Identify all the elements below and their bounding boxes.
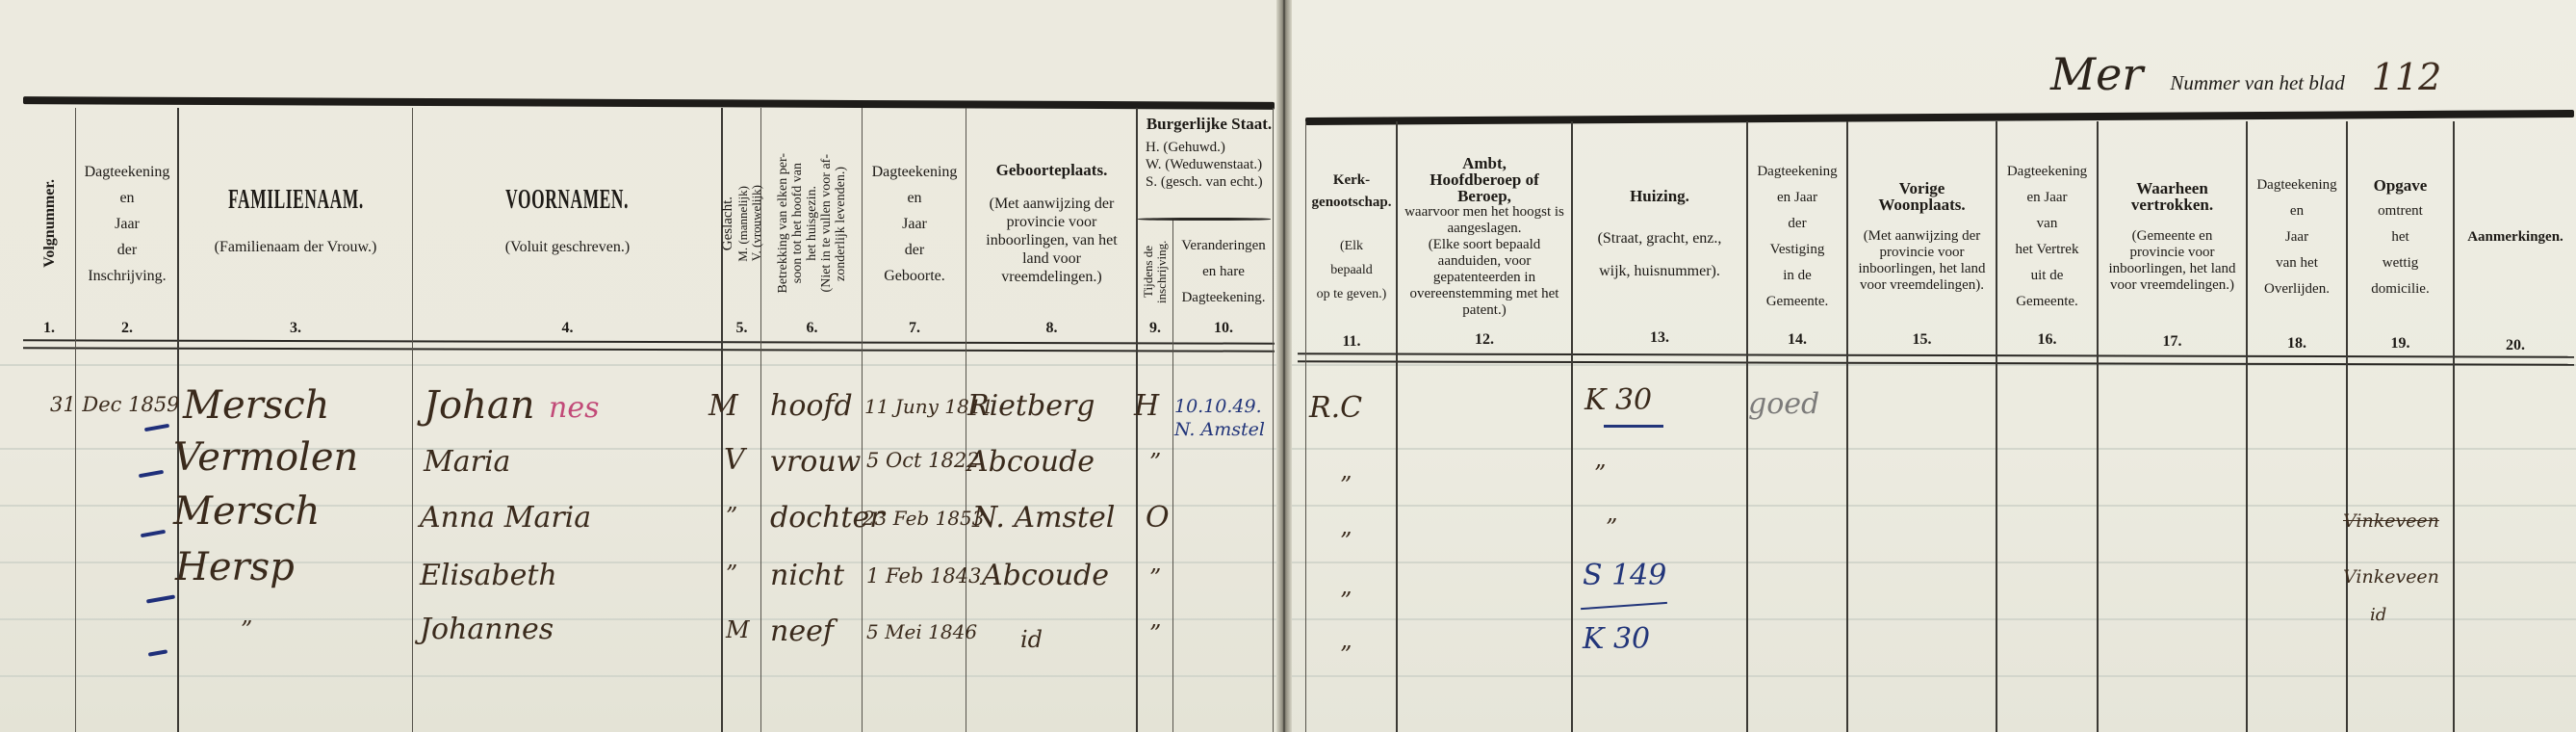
column-divider: [1305, 121, 1306, 732]
residence: K 30: [1584, 383, 1652, 417]
religion: R.C: [1309, 391, 1362, 425]
header-label: (Niet in te vullen voor af-: [819, 154, 834, 292]
header-label: Dagteekening: [2256, 176, 2336, 195]
header-label: H. (Gehuwd.): [1146, 139, 1225, 156]
column-number: 5.: [723, 320, 760, 337]
civil-status: ”: [1149, 449, 1161, 476]
column-number: 6.: [762, 320, 862, 337]
header-label: het huisgezin.: [805, 186, 819, 261]
header-label: Dagteekening: [872, 163, 958, 181]
given-name: Johannes: [420, 613, 554, 646]
header-title: Kerk-: [1333, 172, 1370, 189]
header-label: van het: [2256, 254, 2336, 273]
sheet-label: Nummer van het blad: [2170, 71, 2344, 95]
sex: M: [708, 389, 738, 423]
header-label: en Jaar: [1757, 189, 1837, 207]
given-name: Johan: [424, 383, 535, 428]
column-divider: [1172, 220, 1173, 732]
header-subtitle: (Straat, gracht, enz., wijk, huisnummer)…: [1583, 222, 1737, 288]
header-title: Geboorteplaats.: [996, 161, 1108, 179]
header-label: het: [2371, 228, 2429, 247]
surname: ”: [241, 616, 252, 643]
surname: Mersch: [183, 383, 329, 428]
column-number: 11.: [1307, 333, 1396, 351]
header-label: en: [2256, 202, 2336, 221]
header-label: Volgnummer.: [41, 179, 58, 268]
column-number: 10.: [1174, 320, 1273, 337]
column-number: 8.: [967, 320, 1136, 337]
col-header-geslacht: Geslacht. M. (mannelijk) V. (vrouwelijk): [723, 108, 760, 339]
header-label: in de: [1757, 267, 1837, 285]
col-header-voornamen: VOORNAMEN. (Voluit geschreven.): [414, 108, 721, 339]
given-name-correction: nes: [549, 391, 599, 425]
col-header-ambt: Ambt, Hoofdberoep of Beroep, waarvoor me…: [1398, 121, 1571, 353]
header-title: Hoofdberoep of: [1430, 171, 1539, 188]
column-number: 17.: [2099, 333, 2246, 351]
surname: Vermolen: [173, 435, 358, 480]
header-title: FAMILIENAAM.: [228, 191, 364, 209]
sex: ”: [726, 561, 737, 588]
residence: S 149: [1583, 559, 1666, 592]
header-label: en: [85, 189, 170, 207]
header-label: van: [2007, 215, 2087, 233]
column-number: 1.: [23, 320, 75, 337]
header-label: bepaald: [1330, 262, 1373, 278]
header-title: Woonplaats.: [1878, 196, 1965, 213]
ruled-lines: [1288, 364, 2576, 732]
header-subtitle: (Voluit geschreven.): [505, 238, 630, 256]
header-note: (Elke soort bepaald aanduiden, voor gepa…: [1404, 237, 1565, 319]
birthplace: Abcoude: [967, 445, 1095, 479]
relation: hoofd: [770, 389, 853, 423]
header-title: genootschap.: [1312, 195, 1392, 211]
civil-status: ”: [1149, 564, 1161, 591]
col-header-betrekking: Betrekking van elken per- soon tot het h…: [762, 108, 862, 339]
birthplace: id: [1020, 626, 1043, 653]
header-label: Dagteekening: [2007, 163, 2087, 181]
header-title: Ambt,: [1462, 155, 1507, 171]
birth-date: 23 Feb 1853: [863, 507, 984, 530]
header-label: en Jaar: [2007, 189, 2087, 207]
col-header-veranderingen: Veranderingen en hare Dagteekening.: [1174, 223, 1273, 320]
col-header-familienaam: FAMILIENAAM. (Familienaam der Vrouw.): [179, 108, 412, 339]
header-subtitle: (Met aanwijzing der provincie voor inboo…: [973, 195, 1130, 286]
birthplace: N. Amstel: [972, 501, 1115, 535]
domicile: Vinkeveen: [2343, 510, 2439, 532]
header-label: Betrekking van elken per-: [776, 153, 790, 294]
header-title: Aanmerkingen.: [2467, 228, 2563, 247]
header-label: Dagteekening: [85, 163, 170, 181]
header-subtitle: (Gemeente en provincie voor inboorlingen…: [2106, 228, 2238, 294]
col-header-inscription-date: Dagteekening en Jaar der Inschrijving.: [77, 108, 177, 339]
domicile: Vinkeveen: [2343, 566, 2439, 588]
column-divider: [862, 108, 863, 732]
religion: ”: [1340, 641, 1352, 668]
header-label: Dagteekening.: [1181, 289, 1265, 307]
col-header-tijdens-inschrijving: Tijdens de inschrijving.: [1138, 223, 1172, 320]
header-label: en: [872, 189, 958, 207]
header-title: VOORNAMEN.: [506, 191, 630, 209]
residence: ”: [1594, 460, 1606, 487]
header-label: W. (Weduwenstaat.): [1146, 156, 1262, 173]
col-header-huizing: Huizing. (Straat, gracht, enz., wijk, hu…: [1573, 121, 1746, 353]
sex: ”: [726, 503, 737, 530]
header-label: Vestiging: [1757, 241, 1837, 259]
column-number: 14.: [1748, 331, 1846, 349]
status-change: 10.10.49. N. Amstel: [1174, 395, 1271, 441]
header-label: Jaar: [2256, 228, 2336, 247]
header-label: Gemeente.: [1757, 293, 1837, 311]
column-number: 18.: [2248, 335, 2346, 353]
religion: ”: [1340, 588, 1352, 614]
header-label: Inschrijving.: [85, 267, 170, 285]
column-divider: [1273, 108, 1274, 732]
header-label: V. (vrouwelijk): [750, 185, 763, 261]
underline-mark: [1604, 425, 1663, 428]
header-label: M. (mannelijk): [736, 186, 750, 262]
page-header: Mer Nummer van het blad 112: [2050, 48, 2441, 100]
header-label: zonderlijk levenden.): [834, 167, 848, 281]
header-label: Dagteekening: [1757, 163, 1837, 181]
birth-date: 5 Oct 1822: [866, 449, 980, 472]
header-title: Opgave: [2371, 176, 2429, 195]
header-label: op te geven.): [1317, 286, 1387, 302]
religion: ”: [1340, 472, 1352, 499]
column-number: 16.: [1997, 331, 2097, 349]
civil-status: O: [1146, 501, 1170, 535]
surname-index: Mer: [2050, 48, 2143, 100]
column-number: 15.: [1848, 331, 1996, 349]
given-name: Elisabeth: [420, 559, 557, 592]
col-header-overlijden: Dagteekening en Jaar van het Overlijden.: [2248, 121, 2346, 353]
given-name: Maria: [424, 445, 510, 479]
column-number: 3.: [179, 320, 412, 337]
birth-date: 1 Feb 1843: [866, 564, 981, 588]
relation: nicht: [770, 559, 844, 592]
inscription-date: 31 Dec 1859: [50, 393, 180, 416]
column-number: 7.: [863, 320, 966, 337]
header-label: S. (gesch. van echt.): [1146, 173, 1263, 191]
col-header-vertrek: Dagteekening en Jaar van het Vertrek uit…: [1997, 121, 2097, 353]
residence: K 30: [1583, 622, 1650, 656]
col-header-aanmerkingen: Aanmerkingen.: [2455, 121, 2576, 353]
col-header-vorige-woonplaats: Vorige Woonplaats. (Met aanwijzing der p…: [1848, 121, 1996, 353]
birthplace: Rietberg: [967, 389, 1095, 423]
header-label: Overlijden.: [2256, 280, 2336, 299]
religion: ”: [1340, 528, 1352, 555]
col-header-domicilie: Opgave omtrent het wettig domicilie.: [2348, 121, 2453, 353]
settlement-note: goed: [1748, 387, 1819, 421]
header-label: der: [1757, 215, 1837, 233]
header-label: der: [872, 241, 958, 259]
col-header-birth-date: Dagteekening en Jaar der Geboorte.: [863, 108, 966, 339]
header-label: Geslacht.: [720, 196, 736, 250]
header-label: Veranderingen: [1181, 237, 1265, 255]
residence: ”: [1606, 514, 1617, 541]
relation: vrouw: [770, 445, 861, 479]
header-label: domicilie.: [2371, 280, 2429, 299]
header-label: (Elk: [1340, 238, 1363, 254]
column-number: 13.: [1573, 329, 1746, 347]
column-number: 20.: [2455, 337, 2576, 354]
header-label: omtrent: [2371, 202, 2429, 221]
sheet-number: 112: [2372, 56, 2442, 98]
header-label: wettig: [2371, 254, 2429, 273]
header-label: Gemeente.: [2007, 293, 2087, 311]
birthplace: Abcoude: [982, 559, 1109, 592]
header-subtitle: (Familienaam der Vrouw.): [215, 238, 377, 256]
relation: neef: [770, 614, 834, 648]
header-label: soon tot het hoofd van: [790, 163, 805, 283]
column-number: 2.: [77, 320, 177, 337]
header-title: Waarheen vertrokken.: [2106, 180, 2238, 213]
col-header-waarheen-vertrokken: Waarheen vertrokken. (Gemeente en provin…: [2099, 121, 2246, 353]
column-number: 12.: [1398, 331, 1571, 349]
given-name: Anna Maria: [420, 501, 591, 535]
header-label: Tijdens de inschrijving.: [1142, 223, 1169, 320]
header-label: en hare: [1181, 263, 1265, 281]
header-title: Beroep,: [1457, 188, 1511, 204]
surname: Mersch: [173, 489, 320, 534]
col-header-volgnummer: Volgnummer.: [23, 108, 75, 339]
column-divider: [412, 108, 413, 732]
header-label: het Vertrek: [2007, 241, 2087, 259]
book-gutter: [1276, 0, 1292, 732]
birth-date: 5 Mei 1846: [866, 620, 977, 643]
header-subtitle: waarvoor men het hoogst is aangeslagen.: [1404, 204, 1565, 237]
civil-status: ”: [1149, 620, 1161, 647]
header-label: uit de: [2007, 267, 2087, 285]
header-label: Geboorte.: [872, 267, 958, 285]
civil-status: H: [1134, 389, 1159, 423]
header-label: Jaar: [872, 215, 958, 233]
column-number: 19.: [2348, 335, 2453, 353]
sex: V: [724, 443, 745, 477]
column-number: 9.: [1138, 320, 1172, 337]
column-divider: [75, 108, 76, 732]
header-label: der: [85, 241, 170, 259]
header-subtitle: (Met aanwijzing der provincie voor inboo…: [1854, 228, 1990, 294]
column-number: 4.: [414, 320, 721, 337]
header-title: Vorige: [1899, 180, 1945, 196]
surname: Hersp: [175, 545, 295, 589]
col-header-vestiging: Dagteekening en Jaar der Vestiging in de…: [1748, 121, 1846, 353]
col-header-geboorteplaats: Geboorteplaats. (Met aanwijzing der prov…: [967, 108, 1136, 339]
col-header-kerkgenootschap: Kerk- genootschap. (Elk bepaald op te ge…: [1307, 121, 1396, 353]
header-label: Jaar: [85, 215, 170, 233]
col-header-burgerlijke-staat: Burgerlijke Staat. H. (Gehuwd.) W. (Wedu…: [1138, 116, 1273, 222]
header-title: Huizing.: [1630, 187, 1689, 205]
header-title: Burgerlijke Staat.: [1146, 116, 1272, 133]
domicile: id: [2370, 605, 2386, 625]
sex: M: [726, 616, 750, 643]
